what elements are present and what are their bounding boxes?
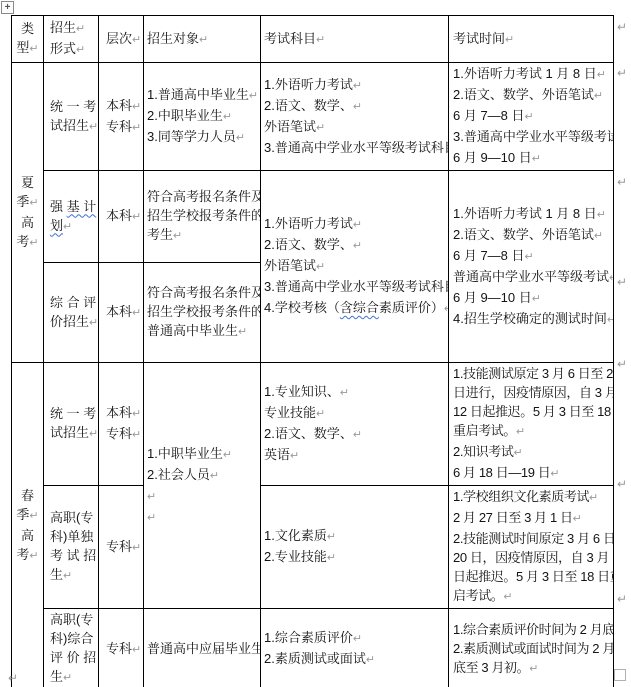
row-summer-unified: 夏季↵高考↵ 统 一 考试招生↵ 本科↵专科↵ 1.普通高中毕业生↵2.中职毕业… — [12, 63, 614, 171]
cell-line: 2.素质测试或面试时间为 2 月 — [453, 639, 612, 658]
cell-line: 高 — [13, 526, 42, 545]
cell-text: 2 月 27 日至 3 月 1 日 — [453, 510, 573, 525]
cell-line: 1.普通高中毕业生↵ — [147, 85, 259, 106]
cell-line: 1.学校组织文化素质考试↵ — [453, 487, 612, 508]
cell-line: 价招生↵ — [50, 312, 97, 333]
paragraph-mark-icon: ↵ — [529, 663, 538, 675]
paragraph-mark-icon: ↵ — [316, 122, 325, 134]
cell-text: 科)单独 — [50, 529, 93, 544]
cell-line: 专业技能↵ — [264, 403, 447, 424]
cell-line: 2.语文、数学、↵ — [264, 235, 447, 256]
cell-line: 启考试。↵ — [453, 586, 612, 607]
cell-text: 启考试。 — [453, 588, 503, 603]
cell-line: 6 月 7—8 日↵ — [453, 246, 612, 267]
cell-text: 形式 — [50, 41, 76, 56]
paragraph-mark-icon: ↵ — [29, 550, 38, 562]
cell-text: 春 — [21, 488, 34, 503]
paragraph-mark-icon: ↵ — [89, 317, 98, 329]
cell-text: 6 月 7—8 日 — [453, 248, 525, 263]
cell-text: 考 试 招 — [50, 548, 96, 563]
header-cell-time[interactable]: 考试时间↵ — [449, 16, 614, 63]
paragraph-mark-icon: ↵ — [327, 531, 336, 543]
cell-line: 2.知识考试↵ — [453, 442, 612, 463]
cell-text: 素质评价） — [379, 300, 444, 315]
cell-spring-unified-form[interactable]: 统 一 考试招生↵ — [44, 363, 99, 486]
cell-text: 底至 3 月初。 — [453, 660, 529, 675]
paragraph-mark-icon: ↵ — [597, 69, 606, 81]
paragraph-mark-icon: ↵ — [132, 307, 141, 319]
cell-line: 高职(专 — [50, 508, 97, 527]
cell-line: 综 合 评 — [50, 293, 97, 312]
cell-text: 1.技能测试原定 3 月 6 日至 20 — [453, 366, 614, 381]
cell-text: 考试科目 — [264, 31, 316, 46]
cell-line: ↵ — [147, 486, 259, 507]
cell-summer-unified-target[interactable]: 1.普通高中毕业生↵2.中职毕业生↵3.同等学力人员↵ — [144, 63, 261, 171]
row-qiangji-plan: 强 基 计划↵ 本科↵ 符合高考报名条件及招生学校报考条件的考生↵ 1.外语听力… — [12, 171, 614, 263]
paragraph-mark-icon: ↵ — [238, 326, 247, 338]
paragraph-mark-icon: ↵ — [327, 552, 336, 564]
cell-line: 普通高中应届毕业生↵ — [147, 639, 259, 660]
cell-line: 2.素质测试或面试↵ — [264, 649, 447, 670]
paragraph-mark-icon: ↵ — [29, 237, 38, 249]
row-vocational-separate: 高职(专科)单独考 试 招生↵ 专科↵ 1.文化素质↵2.专业技能↵ 1.学校组… — [12, 486, 614, 609]
paragraph-mark-icon: ↵ — [132, 644, 141, 656]
cell-line: 2.语文、数学、外语笔试↵ — [453, 85, 612, 106]
cell-text: 1.外语听力考试 — [264, 77, 353, 92]
cell-summer-special-subjects[interactable]: 1.外语听力考试↵2.语文、数学、↵外语笔试↵3.普通高中学业水平等级考试科目↵… — [261, 171, 449, 363]
paragraph-mark-icon: ↵ — [353, 240, 362, 252]
cell-line: 6 月 18 日—19 日↵ — [453, 463, 612, 484]
cell-line: 招生对象↵ — [147, 29, 259, 50]
cell-line: 评 价 招 — [50, 648, 97, 667]
cell-voccomp-target[interactable]: 普通高中应届毕业生↵ — [144, 609, 261, 687]
cell-line: 外语笔试↵ — [264, 117, 447, 138]
cell-text: 3.普通高中学业水平等级考试科目 — [264, 279, 449, 294]
cell-line: 类 — [13, 19, 42, 38]
cell-text: 考试时间 — [453, 31, 505, 46]
cell-text: 1.外语听力考试 1 月 8 日 — [453, 206, 597, 221]
paragraph-mark-icon: ↵ — [132, 408, 141, 420]
cell-vocsep-subjects[interactable]: 1.文化素质↵2.专业技能↵ — [261, 486, 449, 609]
cell-line: 考 试 招 — [50, 546, 97, 565]
cell-line: 季↵ — [13, 192, 42, 213]
cell-spring-unified-subjects[interactable]: 1.专业知识、↵专业技能↵2.语文、数学、↵英语↵ — [261, 363, 449, 486]
cell-text: 本科 — [106, 304, 132, 319]
cell-line: 重启考试。↵ — [453, 421, 612, 442]
paragraph-mark-icon: ↵ — [132, 211, 141, 223]
cell-line: 1.外语听力考试↵ — [264, 214, 447, 235]
cell-text: 符合高考报名条件及 — [147, 285, 261, 300]
cell-text: 外语笔试 — [264, 119, 316, 134]
cell-text: 4.招生学校确定的测试时间 — [453, 311, 607, 326]
paragraph-mark-icon: ↵ — [589, 492, 598, 504]
paragraph-mark-icon: ↵ — [573, 513, 582, 525]
cell-line: 考生↵ — [147, 225, 259, 246]
cell-line: 本科↵ — [106, 403, 142, 424]
cell-line: 4.招生学校确定的测试时间↵ — [453, 309, 612, 330]
cell-line: 科)单独 — [50, 527, 97, 546]
paragraph-mark-icon: ↵ — [147, 491, 156, 503]
paragraph-mark-icon: ↵ — [29, 43, 38, 55]
cell-text: 强 — [50, 199, 67, 214]
cell-summer-special-time[interactable]: 1.外语听力考试 1 月 8 日↵2.语文、数学、外语笔试↵6 月 7—8 日↵… — [449, 171, 614, 363]
row-end-mark: ↵ — [617, 67, 627, 79]
spellcheck-flagged-text: 划 — [50, 218, 63, 233]
cell-line: 日进行，因疫情原因，自 3 月 — [453, 383, 612, 402]
cell-text: 专业技能 — [264, 405, 316, 420]
cell-text: 高职(专 — [50, 510, 93, 525]
paragraph-mark-icon: ↵ — [597, 209, 606, 221]
paragraph-mark-icon: ↵ — [223, 111, 232, 123]
cell-line: 2.语文、数学、外语笔试↵ — [453, 225, 612, 246]
paragraph-mark-icon: ↵ — [63, 570, 72, 582]
spellcheck-flagged-text: 含综合 — [340, 300, 379, 315]
cell-text: 日起推迟。5 月 3 日至 18 日重 — [453, 569, 614, 584]
cell-text: 20 日，因疫情原因，自 3 月 12 — [453, 550, 614, 565]
row-end-mark: ↵ — [617, 593, 627, 605]
paragraph-mark-icon: ↵ — [132, 429, 141, 441]
cell-text: 专科 — [106, 119, 132, 134]
cell-text: 1.学校组织文化素质考试 — [453, 489, 589, 504]
cell-line: 生↵ — [50, 667, 97, 687]
cell-text: 12 日起推迟。5 月 3 日至 18 日 — [453, 404, 614, 419]
cell-line: 3.普通高中学业水平等级考试科目↵ — [264, 138, 447, 159]
paragraph-mark-icon: ↵ — [594, 230, 603, 242]
header-cell-enrollment-form[interactable]: 招生↵形式↵ — [44, 16, 99, 63]
cell-text: 考生 — [147, 227, 173, 242]
cell-text: 试招生 — [50, 425, 89, 440]
cell-line: 2.专业技能↵ — [264, 547, 447, 568]
paragraph-mark-icon: ↵ — [249, 90, 258, 102]
cell-text: 高 — [21, 528, 34, 543]
cell-text: 2.语文、数学、 — [264, 98, 353, 113]
cell-summer-unified-subjects[interactable]: 1.外语听力考试↵2.语文、数学、↵外语笔试↵3.普通高中学业水平等级考试科目↵ — [261, 63, 449, 171]
cell-line: 划↵ — [50, 216, 97, 237]
row-end-mark: ↵ — [617, 276, 627, 288]
cell-spring-gaokao-type[interactable]: 春季↵高考↵ — [12, 363, 44, 687]
cell-spring-unified-level[interactable]: 本科↵专科↵ — [99, 363, 144, 486]
cell-summer-unified-form[interactable]: 统 一 考试招生↵ — [44, 63, 99, 171]
cell-line: 考试科目↵ — [264, 29, 447, 50]
cell-line: 英语↵ — [264, 445, 447, 466]
cell-text: 1.综合素质评价 — [264, 630, 353, 645]
cell-line: 专科↵ — [106, 639, 142, 660]
cell-text: 2.知识考试 — [453, 444, 513, 459]
paragraph-mark-icon: ↵ — [29, 197, 38, 209]
cell-line: 20 日，因疫情原因，自 3 月 12 — [453, 548, 612, 567]
row-end-mark: ↵ — [617, 358, 627, 370]
cell-text: 试招生 — [50, 118, 89, 133]
cell-line: 试招生↵ — [50, 116, 97, 137]
cell-text: 1.文化素质 — [264, 528, 327, 543]
cell-line: 统 一 考 — [50, 97, 97, 116]
paragraph-mark-icon: ↵ — [236, 132, 245, 144]
move-icon: + — [5, 3, 11, 13]
cell-voccomp-subjects[interactable]: 1.综合素质评价↵2.素质测试或面试↵ — [261, 609, 449, 687]
cell-line: 1.综合素质评价时间为 2 月底。 — [453, 620, 612, 639]
cell-text: 季 — [16, 507, 29, 522]
cell-text: 科)综合 — [50, 631, 93, 646]
paragraph-mark-icon: ↵ — [353, 80, 362, 92]
cell-line: 夏 — [13, 173, 42, 192]
cell-line: 强 基 计 — [50, 197, 97, 216]
paragraph-mark-icon: ↵ — [173, 230, 182, 242]
cell-line: 考↵ — [13, 545, 42, 566]
paragraph-mark-icon: ↵ — [607, 314, 614, 326]
paragraph-mark-icon: ↵ — [353, 633, 362, 645]
paragraph-mark-icon: ↵ — [532, 153, 541, 165]
cell-line: 普通高中毕业生↵ — [147, 321, 259, 342]
cell-compeval-form[interactable]: 综 合 评价招生↵ — [44, 263, 99, 363]
cell-text: 专科 — [106, 641, 132, 656]
cell-text: 类 — [21, 21, 34, 36]
cell-text: 夏 — [21, 175, 34, 190]
cell-text: 4.学校考核（ — [264, 300, 340, 315]
cell-text: 层次 — [106, 31, 132, 46]
paragraph-mark-icon: ↵ — [516, 426, 525, 438]
cell-compeval-target[interactable]: 符合高考报名条件及招生学校报考条件的普通高中毕业生↵ — [144, 263, 261, 363]
cell-text: 1.综合素质评价时间为 2 月底。 — [453, 622, 614, 637]
paragraph-mark-icon: ↵ — [89, 428, 98, 440]
cell-line: 普通高中学业水平等级考试↵ — [453, 267, 612, 288]
cell-text: 6 月 9—10 日 — [453, 290, 532, 305]
cell-text: 6 月 7—8 日 — [453, 108, 525, 123]
cell-text: 生 — [50, 669, 63, 684]
paragraph-mark-icon: ↵ — [316, 408, 325, 420]
cell-voccomp-level[interactable]: 专科↵ — [99, 609, 144, 687]
cell-line: 1.外语听力考试 1 月 8 日↵ — [453, 204, 612, 225]
header-cell-target[interactable]: 招生对象↵ — [144, 16, 261, 63]
cell-text: 招生 — [50, 20, 76, 35]
paragraph-mark-icon: ↵ — [366, 654, 375, 666]
cell-line: 本科↵ — [106, 96, 142, 117]
cell-line: ↵ — [147, 507, 259, 528]
cell-text: 考 — [16, 234, 29, 249]
cell-line: 12 日起推迟。5 月 3 日至 18 日 — [453, 402, 612, 421]
paragraph-mark-icon: ↵ — [525, 111, 534, 123]
cell-text: 外语笔试 — [264, 258, 316, 273]
cell-qiangji-form[interactable]: 强 基 计划↵ — [44, 171, 99, 263]
cell-line: 型↵ — [13, 38, 42, 59]
cell-line: 统 一 考 — [50, 404, 97, 423]
cell-text: 高 — [21, 215, 34, 230]
paragraph-mark-icon: ↵ — [532, 293, 541, 305]
paragraph-mark-icon: ↵ — [132, 542, 141, 554]
cell-spring-unified-time[interactable]: 1.技能测试原定 3 月 6 日至 20日进行，因疫情原因，自 3 月12 日起… — [449, 363, 614, 486]
cell-text: 2.素质测试或面试时间为 2 月 — [453, 641, 614, 656]
cell-line: 1.外语听力考试 1 月 8 日↵ — [453, 64, 612, 85]
cell-vocsep-time[interactable]: 1.学校组织文化素质考试↵2 月 27 日至 3 月 1 日↵2.技能测试时间原… — [449, 486, 614, 609]
cell-text: 3.同等学力人员 — [147, 129, 236, 144]
cell-text: 1.专业知识、 — [264, 384, 340, 399]
table-resize-handle[interactable] — [614, 669, 626, 681]
cell-line: 考↵ — [13, 232, 42, 253]
cell-text: 1.外语听力考试 1 月 8 日 — [453, 66, 597, 81]
cell-text: 价招生 — [50, 314, 89, 329]
cell-line: 季↵ — [13, 505, 42, 526]
cell-line: 日起推迟。5 月 3 日至 18 日重 — [453, 567, 612, 586]
cell-line: 科)综合 — [50, 629, 97, 648]
row-end-mark: ↵ — [617, 176, 627, 188]
cell-line: 6 月 9—10 日↵ — [453, 288, 612, 309]
paragraph-mark-icon: ↵ — [147, 512, 156, 524]
paragraph-mark-icon: ↵ — [513, 447, 522, 459]
cell-text: 生 — [50, 567, 63, 582]
header-cell-type[interactable]: 类型↵ — [12, 16, 44, 63]
cell-text: 型 — [16, 40, 29, 55]
paragraph-mark-icon: ↵ — [525, 251, 534, 263]
paragraph-mark-icon: ↵ — [29, 510, 38, 522]
cell-qiangji-target[interactable]: 符合高考报名条件及招生学校报考条件的考生↵ — [144, 171, 261, 263]
cell-line: 春 — [13, 486, 42, 505]
cell-text: 符合高考报名条件及 — [147, 189, 261, 204]
cell-line: 1.中职毕业生↵ — [147, 444, 259, 465]
cell-line: 符合高考报名条件及 — [147, 187, 259, 206]
paragraph-mark-below-table: ↵ — [8, 672, 18, 684]
cell-text: 普通高中毕业生 — [147, 323, 238, 338]
row-end-mark: ↵ — [617, 21, 627, 33]
cell-compeval-level[interactable]: 本科↵ — [99, 263, 144, 363]
cell-line: 3.普通高中学业水平等级考试科目↵ — [264, 277, 447, 298]
cell-line: 专科↵ — [106, 537, 142, 558]
cell-text: 评 价 招 — [50, 650, 96, 665]
cell-line: 1.专业知识、↵ — [264, 382, 447, 403]
cell-text: 普通高中学业水平等级考试 — [453, 269, 609, 284]
cell-line: 高职(专 — [50, 610, 97, 629]
cell-line: 2 月 27 日至 3 月 1 日↵ — [453, 508, 612, 529]
cell-vocsep-form[interactable]: 高职(专科)单独考 试 招生↵ — [44, 486, 99, 609]
cell-vocsep-level[interactable]: 专科↵ — [99, 486, 144, 609]
cell-line: 招生学校报考条件的 — [147, 206, 259, 225]
paragraph-mark-icon: ↵ — [503, 591, 512, 603]
cell-text: 考 — [16, 547, 29, 562]
cell-line: 1.技能测试原定 3 月 6 日至 20 — [453, 364, 612, 383]
cell-text: 3.普通高中学业水平等级考试 — [453, 129, 614, 144]
cell-text: 2.社会人员 — [147, 467, 210, 482]
cell-text: 高职(专 — [50, 612, 93, 627]
cell-line: 2.中职毕业生↵ — [147, 106, 259, 127]
paragraph-mark-icon: ↵ — [132, 34, 141, 46]
paragraph-mark-icon: ↵ — [132, 122, 141, 134]
row-end-mark: ↵ — [617, 478, 627, 490]
paragraph-mark-icon: ↵ — [594, 90, 603, 102]
paragraph-mark-icon: ↵ — [290, 450, 299, 462]
cell-text: 2.技能测试时间原定 3 月 6 日至 — [453, 531, 614, 546]
cell-text: 6 月 18 日—19 日 — [453, 465, 550, 480]
cell-text: 2.语文、数学、外语笔试 — [453, 227, 594, 242]
paragraph-mark-icon: ↵ — [210, 470, 219, 482]
cell-line: 3.普通高中学业水平等级考试↵ — [453, 127, 612, 148]
header-cell-subjects[interactable]: 考试科目↵ — [261, 16, 449, 63]
cell-line: 1.文化素质↵ — [264, 526, 447, 547]
paragraph-mark-icon: ↵ — [76, 44, 85, 56]
table-header-row: 类型↵ 招生↵形式↵ 层次↵ 招生对象↵ 考试科目↵ 考试时间↵ — [12, 16, 614, 63]
cell-summer-unified-time[interactable]: 1.外语听力考试 1 月 8 日↵2.语文、数学、外语笔试↵6 月 7—8 日↵… — [449, 63, 614, 171]
gaokao-enrollment-table: 类型↵ 招生↵形式↵ 层次↵ 招生对象↵ 考试科目↵ 考试时间↵ 夏季↵高考↵ … — [11, 15, 614, 687]
paragraph-mark-icon: ↵ — [316, 261, 325, 273]
cell-text: 1.普通高中毕业生 — [147, 87, 249, 102]
cell-line: 4.学校考核（含综合素质评价）↵ — [264, 298, 447, 319]
cell-line: 招生学校报考条件的 — [147, 302, 259, 321]
cell-qiangji-level[interactable]: 本科↵ — [99, 171, 144, 263]
cell-line: 专科↵ — [106, 424, 142, 445]
cell-line: 招生↵ — [50, 18, 97, 39]
header-cell-level[interactable]: 层次↵ — [99, 16, 144, 63]
cell-line: 6 月 9—10 日↵ — [453, 148, 612, 169]
table-move-handle[interactable]: + — [1, 1, 14, 14]
cell-text: 2.语文、数学、 — [264, 237, 353, 252]
cell-line: 3.同等学力人员↵ — [147, 127, 259, 148]
paragraph-mark-icon: ↵ — [199, 34, 208, 46]
paragraph-mark-icon: ↵ — [353, 429, 362, 441]
cell-line: 6 月 7—8 日↵ — [453, 106, 612, 127]
cell-text: 3.普通高中学业水平等级考试科目 — [264, 140, 449, 155]
cell-line: 本科↵ — [106, 302, 142, 323]
cell-text: 日进行，因疫情原因，自 3 月 — [453, 385, 614, 400]
cell-text: 重启考试。 — [453, 423, 516, 438]
cell-text: 统 一 考 — [50, 406, 96, 421]
cell-text: 1.中职毕业生 — [147, 446, 223, 461]
cell-text: 2.语文、数学、 — [264, 426, 353, 441]
cell-line: 2.社会人员↵ — [147, 465, 259, 486]
cell-text: 6 月 9—10 日 — [453, 150, 532, 165]
cell-line: 符合高考报名条件及 — [147, 283, 259, 302]
paragraph-mark-icon: ↵ — [353, 219, 362, 231]
cell-line: 考试时间↵ — [453, 29, 612, 50]
cell-spring-shared-target[interactable]: 1.中职毕业生↵2.社会人员↵↵↵ — [144, 363, 261, 609]
paragraph-mark-icon: ↵ — [340, 387, 349, 399]
cell-text: 1.外语听力考试 — [264, 216, 353, 231]
cell-text: 专科 — [106, 426, 132, 441]
paragraph-mark-icon: ↵ — [609, 272, 613, 284]
cell-line: 高 — [13, 213, 42, 232]
paragraph-mark-icon: ↵ — [505, 34, 514, 46]
cell-text: 2.专业技能 — [264, 549, 327, 564]
cell-line: 试招生↵ — [50, 423, 97, 444]
cell-line: 底至 3 月初。↵ — [453, 658, 612, 679]
cell-summer-unified-level[interactable]: 本科↵专科↵ — [99, 63, 144, 171]
paragraph-mark-icon: ↵ — [89, 121, 98, 133]
cell-text: 英语 — [264, 447, 290, 462]
row-spring-unified: 春季↵高考↵ 统 一 考试招生↵ 本科↵专科↵ 1.中职毕业生↵2.社会人员↵↵… — [12, 363, 614, 486]
paragraph-mark-icon: ↵ — [76, 23, 85, 35]
paragraph-mark-icon: ↵ — [63, 221, 72, 233]
cell-text: 2.中职毕业生 — [147, 108, 223, 123]
paragraph-mark-icon: ↵ — [223, 449, 232, 461]
cell-line: 2.技能测试时间原定 3 月 6 日至 — [453, 529, 612, 548]
cell-text: 统 一 考 — [50, 99, 96, 114]
paragraph-mark-icon: ↵ — [550, 468, 559, 480]
cell-line: 专科↵ — [106, 117, 142, 138]
cell-text: 本科 — [106, 98, 132, 113]
paragraph-mark-icon: ↵ — [63, 672, 72, 684]
cell-summer-gaokao-type[interactable]: 夏季↵高考↵ — [12, 63, 44, 363]
cell-text: 普通高中应届毕业生 — [147, 641, 261, 656]
cell-voccomp-time[interactable]: 1.综合素质评价时间为 2 月底。2.素质测试或面试时间为 2 月底至 3 月初… — [449, 609, 614, 687]
spellcheck-flagged-text: 基 计 — [67, 199, 97, 214]
cell-line: 1.综合素质评价↵ — [264, 628, 447, 649]
cell-voccomp-form[interactable]: 高职(专科)综合评 价 招生↵ — [44, 609, 99, 687]
cell-text: 2.语文、数学、外语笔试 — [453, 87, 594, 102]
cell-line: 生↵ — [50, 565, 97, 586]
paragraph-mark-icon: ↵ — [316, 34, 325, 46]
cell-text: 综 合 评 — [50, 295, 96, 310]
cell-text: 本科 — [106, 208, 132, 223]
cell-line: 本科↵ — [106, 206, 142, 227]
paragraph-mark-icon: ↵ — [132, 101, 141, 113]
paragraph-mark-icon: ↵ — [444, 303, 449, 315]
cell-text: 本科 — [106, 405, 132, 420]
